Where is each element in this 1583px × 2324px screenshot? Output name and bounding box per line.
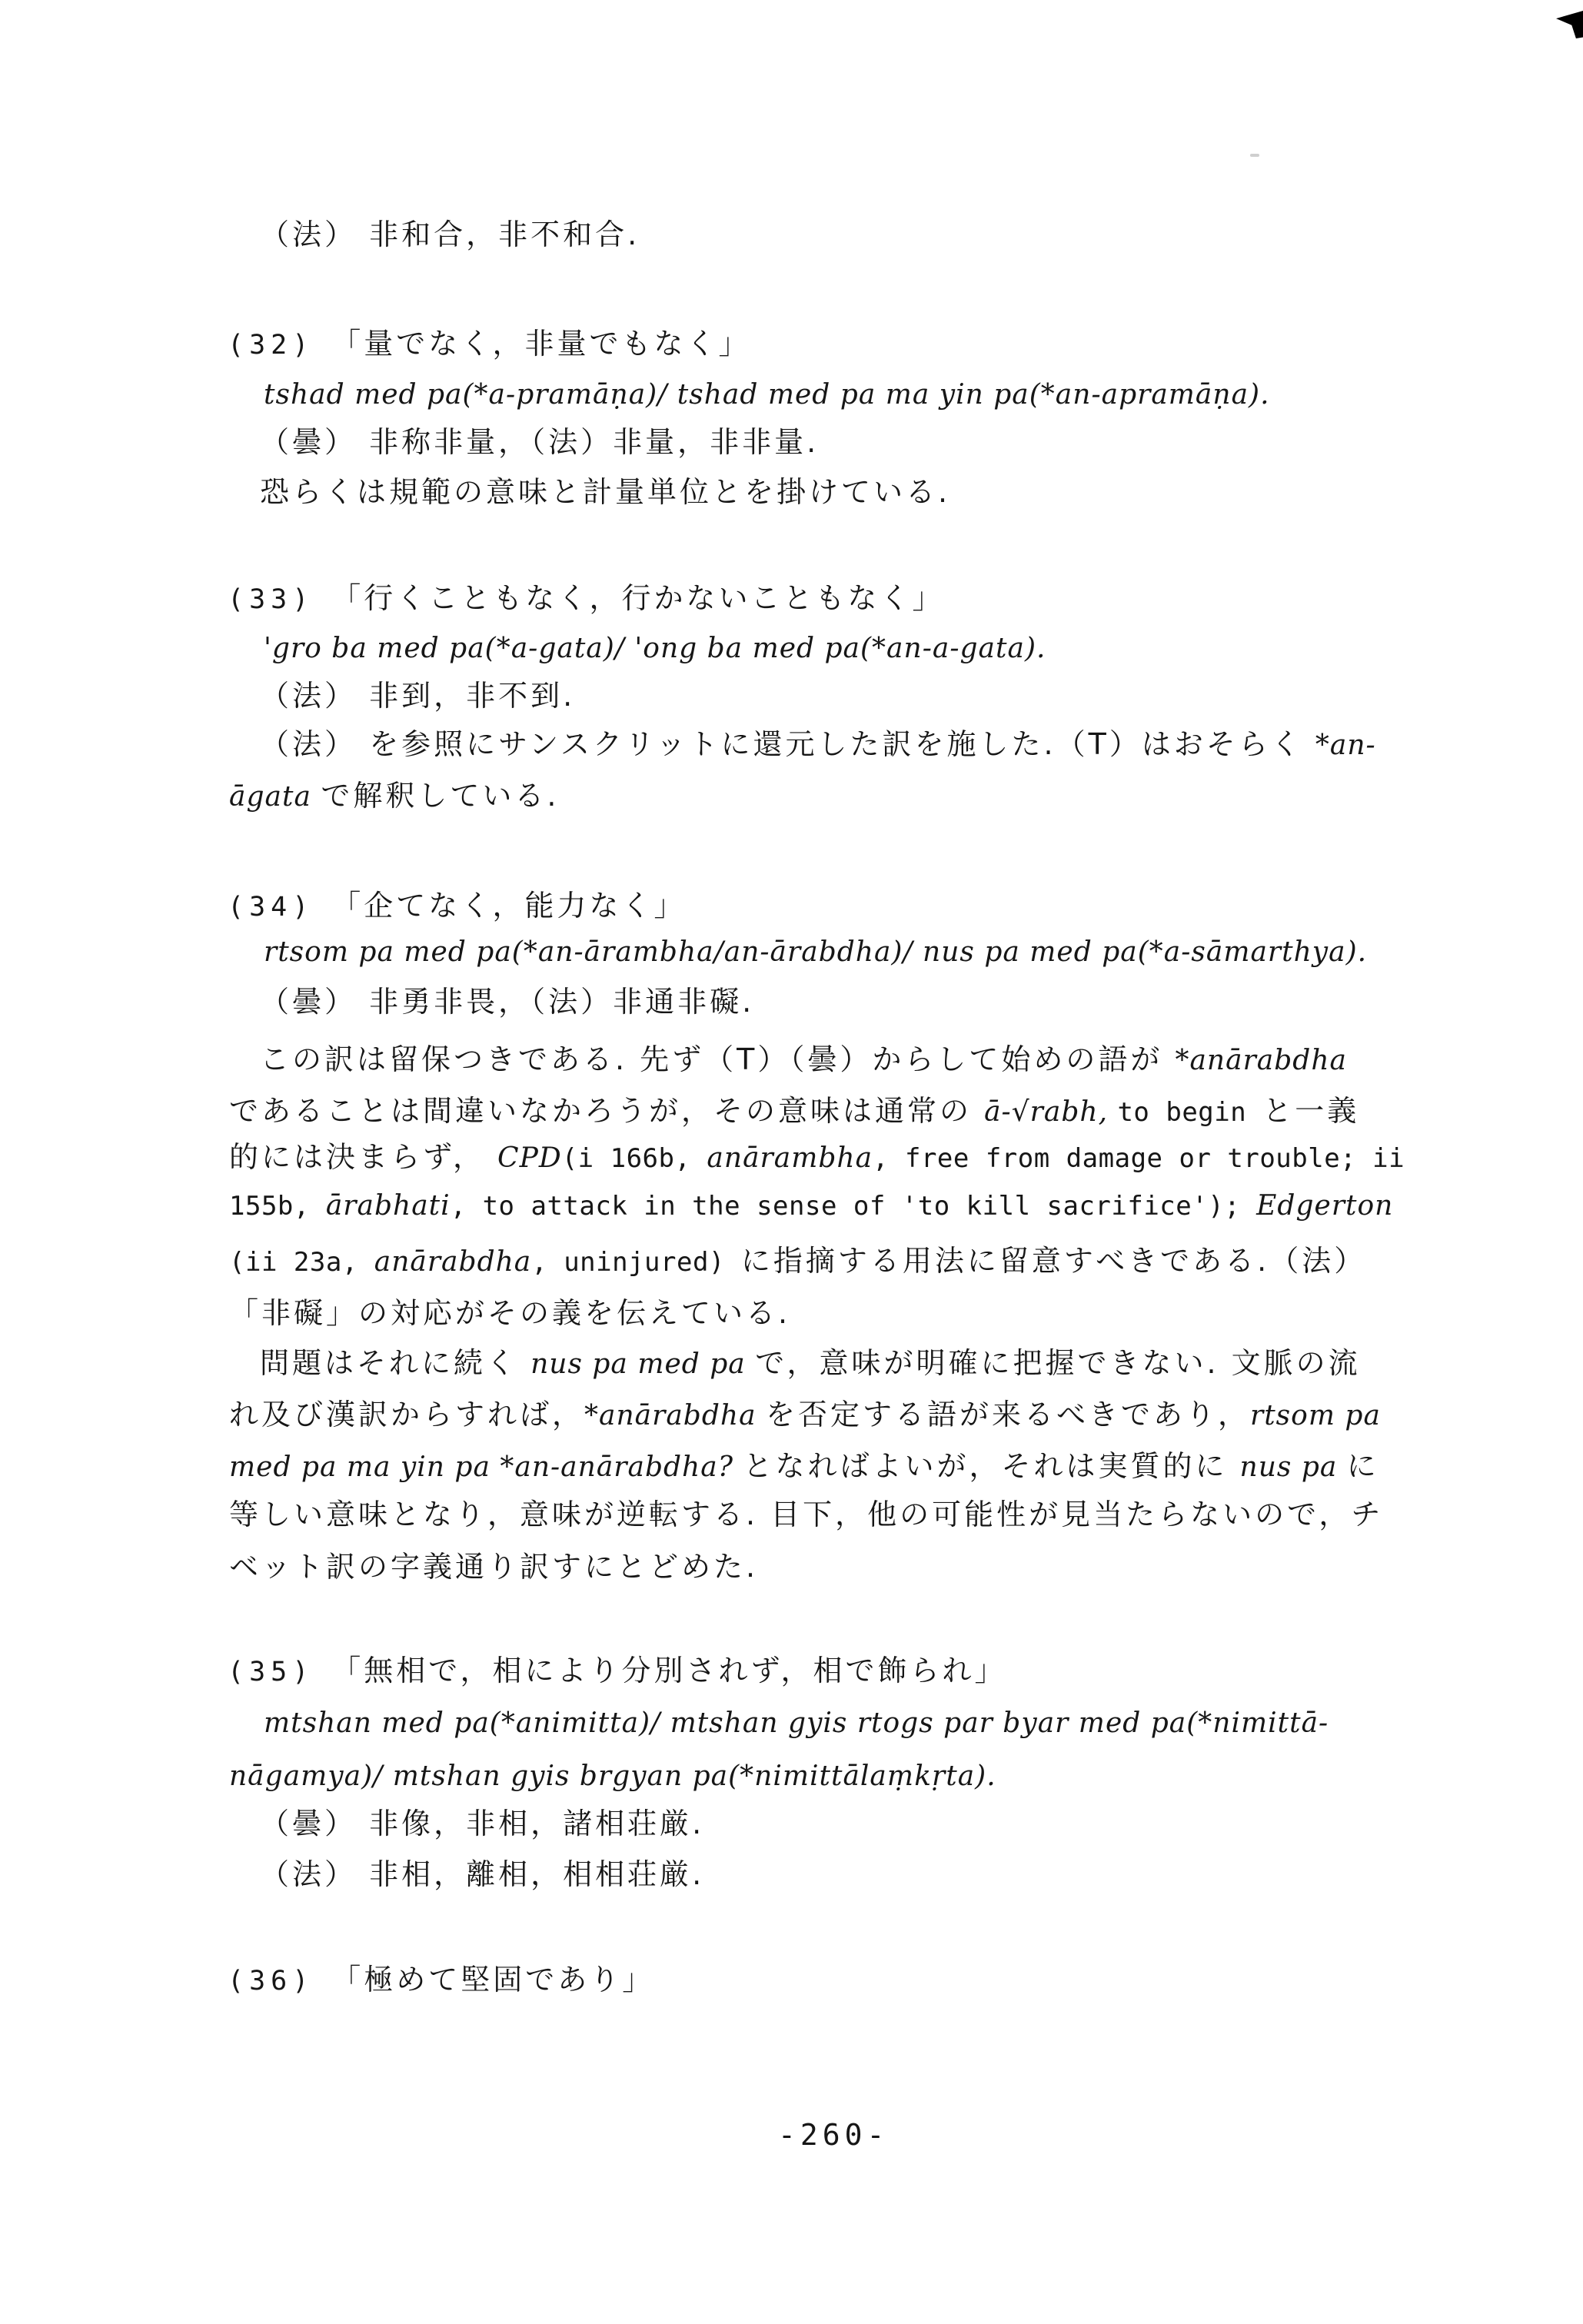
text-segment-rom: rtsom pa xyxy=(1250,1400,1381,1431)
text-line: 155b, ārabhati, to attack in the sense o… xyxy=(229,1192,1393,1220)
text-segment-rom: āgata xyxy=(229,781,321,813)
text-line: ベット訳の字義通り訳すにとどめた. xyxy=(229,1552,758,1581)
text-segment-jp: 問題はそれに続く xyxy=(260,1346,530,1380)
scanned-document-page: （法） 非和合，非不和合.(32) 「量でなく，非量でもなく」tshad med… xyxy=(0,0,1583,2324)
text-segment-jp: 「行くこともなく，行かないこともなく」 xyxy=(314,581,944,615)
text-line: (36) 「極めて堅固であり」 xyxy=(228,1965,654,1995)
text-segment-hdr: (36) xyxy=(228,1966,314,1997)
text-line: （法） 非到，非不到. xyxy=(260,681,575,710)
text-segment-eng: , to attack in the sense of 'to kill sac… xyxy=(451,1191,1257,1222)
text-segment-eng: (i 166b, xyxy=(562,1143,707,1174)
text-segment-jp: この訳は留保つきである. 先ず（T）（曇）からして始めの語が xyxy=(260,1042,1175,1076)
text-segment-jp: （曇） 非像，非相，諸相荘厳. xyxy=(260,1807,704,1840)
text-line: 恐らくは規範の意味と計量単位とを掛けている. xyxy=(260,477,950,507)
text-segment-jp: （法） 非到，非不到. xyxy=(260,679,575,713)
text-segment-jp: 「非礙」の対応がその義を伝えている. xyxy=(229,1296,790,1330)
text-segment-jp: 等しい意味となり，意味が逆転する. 目下，他の可能性が見当たらないので，チ xyxy=(229,1498,1383,1531)
text-line: （曇） 非称非量，（法）非量，非非量. xyxy=(260,427,819,457)
text-line: （法） 非相，離相，相相荘厳. xyxy=(260,1860,704,1889)
text-line: nāgamya)/ mtshan gyis brgyan pa(*nimittā… xyxy=(229,1763,996,1790)
text-line: (32) 「量でなく，非量でもなく」 xyxy=(228,329,751,359)
text-segment-jp: れ及び漢訳からすれば， xyxy=(229,1398,584,1431)
text-line: 「非礙」の対応がその義を伝えている. xyxy=(229,1298,790,1328)
text-segment-jp: に xyxy=(1347,1449,1379,1483)
text-line: 'gro ba med pa(*a-gata)/ 'ong ba med pa(… xyxy=(264,635,1046,663)
text-segment-rom: anārabdha xyxy=(374,1246,532,1278)
text-segment-jp: 「量でなく，非量でもなく」 xyxy=(314,327,750,361)
text-line: (33) 「行くこともなく，行かないこともなく」 xyxy=(228,583,945,613)
text-segment-jp: （法） を参照にサンスクリットに還元した訳を施した.（T）はおそらく xyxy=(260,727,1315,761)
text-segment-jp: ベット訳の字義通り訳すにとどめた. xyxy=(229,1550,758,1584)
text-line: tshad med pa(*a-pramāṇa)/ tshad med pa m… xyxy=(264,381,1270,409)
text-segment-jp: （曇） 非勇非畏，（法）非通非礙. xyxy=(260,985,754,1019)
text-segment-jp: 的には決まらず， xyxy=(229,1140,497,1174)
scan-speck-artifact xyxy=(1250,154,1259,157)
text-line: 的には決まらず， CPD(i 166b, anārambha, free fro… xyxy=(229,1142,1405,1172)
text-segment-rom: nāgamya)/ mtshan gyis brgyan pa(*nimittā… xyxy=(229,1760,996,1792)
text-segment-eng: (ii 23a, xyxy=(229,1247,374,1278)
text-segment-rom: nus pa xyxy=(1240,1451,1347,1483)
text-line: 問題はそれに続く nus pa med pa で，意味が明確に把握できない. 文… xyxy=(260,1348,1361,1378)
page-number: -260- xyxy=(778,2118,889,2152)
text-segment-hdr: (35) xyxy=(228,1657,314,1687)
text-segment-rom: 'gro ba med pa(*a-gata)/ 'ong ba med pa(… xyxy=(264,633,1046,664)
text-segment-rom: rtsom pa med pa(*an-ārambha/an-ārabdha)/… xyxy=(264,936,1367,968)
text-segment-jp: 恐らくは規範の意味と計量単位とを掛けている. xyxy=(260,475,950,509)
text-segment-jp: に指摘する用法に留意すべきである.（法） xyxy=(741,1244,1366,1278)
text-segment-rom: tshad med pa(*a-pramāṇa)/ tshad med pa m… xyxy=(264,379,1270,411)
text-segment-hdr: (34) xyxy=(228,892,314,923)
text-line: れ及び漢訳からすれば，*anārabdha を否定する語が来るべきであり，rts… xyxy=(229,1400,1381,1430)
text-segment-hdr: (32) xyxy=(228,330,314,361)
text-segment-jp: を否定する語が来るべきであり， xyxy=(766,1398,1250,1431)
text-line: āgata で解釈している. xyxy=(229,781,559,811)
text-line: （曇） 非像，非相，諸相荘厳. xyxy=(260,1809,704,1838)
text-segment-rom: ā-√rabh, xyxy=(984,1096,1117,1128)
text-segment-jp: と一義 xyxy=(1262,1094,1359,1128)
text-segment-rom: *anārabdha xyxy=(584,1400,766,1431)
text-line: mtshan med pa(*animitta)/ mtshan gyis rt… xyxy=(264,1710,1329,1737)
text-segment-jp: （法） 非和合，非不和合. xyxy=(260,218,640,251)
text-line: (35) 「無相で，相により分別されず，相で飾られ」 xyxy=(228,1656,1007,1686)
text-segment-jp: となればよいが，それは実質的に xyxy=(743,1449,1239,1483)
text-segment-rom: Edgerton xyxy=(1256,1190,1393,1222)
text-segment-eng: , free from damage or trouble; ii xyxy=(873,1143,1405,1174)
text-line: （曇） 非勇非畏，（法）非通非礙. xyxy=(260,987,754,1016)
text-line: この訳は留保つきである. 先ず（T）（曇）からして始めの語が *anārabdh… xyxy=(260,1045,1347,1075)
text-segment-eng: to begin xyxy=(1117,1097,1262,1128)
text-segment-jp: 「企てなく，能力なく」 xyxy=(314,889,686,923)
text-segment-rom: *an- xyxy=(1315,730,1376,761)
text-segment-jp: 「極めて堅固であり」 xyxy=(314,1963,654,1997)
text-segment-rom: *anārabdha xyxy=(1175,1045,1347,1076)
text-segment-eng: 155b, xyxy=(229,1191,326,1222)
text-line: であることは間違いなかろうが，その意味は通常の ā-√rabh, to begi… xyxy=(229,1096,1359,1126)
text-segment-jp: であることは間違いなかろうが，その意味は通常の xyxy=(229,1094,984,1128)
text-segment-rom: med pa ma yin pa *an-anārabdha? xyxy=(229,1451,743,1483)
text-segment-jp: で解釈している. xyxy=(321,779,559,813)
text-line: (ii 23a, anārabdha, uninjured) に指摘する用法に留… xyxy=(229,1246,1366,1276)
text-segment-hdr: (33) xyxy=(228,584,314,615)
text-segment-jp: 「無相で，相により分別されず，相で飾られ」 xyxy=(314,1654,1006,1687)
text-segment-jp: （法） 非相，離相，相相荘厳. xyxy=(260,1857,704,1891)
text-line: rtsom pa med pa(*an-ārambha/an-ārabdha)/… xyxy=(264,939,1367,966)
text-segment-rom: mtshan med pa(*animitta)/ mtshan gyis rt… xyxy=(264,1707,1329,1739)
text-segment-rom: nus pa med pa xyxy=(530,1348,755,1380)
text-segment-rom: CPD xyxy=(497,1142,562,1174)
text-line: （法） 非和合，非不和合. xyxy=(260,220,640,249)
text-line: med pa ma yin pa *an-anārabdha? となればよいが，… xyxy=(229,1451,1379,1481)
text-line: (34) 「企てなく，能力なく」 xyxy=(228,891,687,921)
text-segment-jp: で，意味が明確に把握できない. 文脈の流 xyxy=(755,1346,1360,1380)
text-segment-eng: , uninjured) xyxy=(531,1247,741,1278)
text-segment-rom: ārabhati xyxy=(326,1190,451,1222)
text-line: （法） を参照にサンスクリットに還元した訳を施した.（T）はおそらく *an- xyxy=(260,730,1376,760)
text-line: 等しい意味となり，意味が逆転する. 目下，他の可能性が見当たらないので，チ xyxy=(229,1500,1383,1529)
text-segment-rom: anārambha xyxy=(707,1142,873,1174)
text-segment-jp: （曇） 非称非量，（法）非量，非非量. xyxy=(260,425,819,459)
scan-corner-artifact xyxy=(1556,11,1583,38)
